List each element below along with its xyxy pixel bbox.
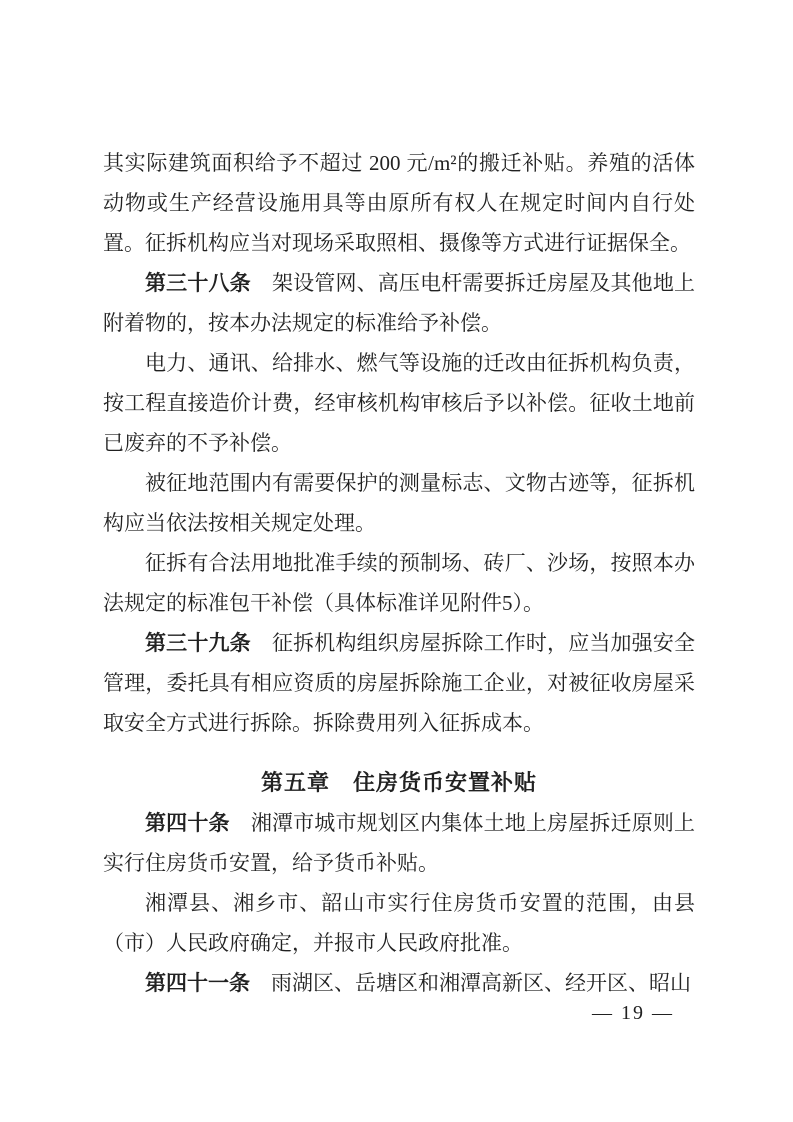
- document-body: 其实际建筑面积给予不超过 200 元/m²的搬迁补贴。养殖的活体动物或生产经营设…: [103, 143, 695, 1003]
- article-number: 第三十九条: [145, 631, 272, 655]
- paragraph: 湘潭县、湘乡市、韶山市实行住房货币安置的范围，由县（市）人民政府确定，并报市人民…: [103, 883, 695, 963]
- article-number: 第三十八条: [145, 271, 272, 295]
- paragraph-text: 电力、通讯、给排水、燃气等设施的迁改由征拆机构负责，按工程直接造价计费，经审核机…: [103, 351, 695, 455]
- article-number: 第四十一条: [145, 971, 271, 995]
- paragraph: 征拆有合法用地批准手续的预制场、砖厂、沙场，按照本办法规定的标准包干补偿（具体标…: [103, 543, 695, 623]
- document-page: { "colors": { "text": "#212121", "page_b…: [0, 0, 793, 1122]
- article-number: 第四十条: [145, 811, 251, 835]
- paragraph: 被征地范围内有需要保护的测量标志、文物古迹等，征拆机构应当依法按相关规定处理。: [103, 463, 695, 543]
- paragraph-text: 征拆有合法用地批准手续的预制场、砖厂、沙场，按照本办法规定的标准包干补偿（具体标…: [103, 551, 695, 615]
- paragraph-text: 湘潭县、湘乡市、韶山市实行住房货币安置的范围，由县（市）人民政府确定，并报市人民…: [103, 891, 695, 955]
- paragraph-text: 其实际建筑面积给予不超过 200 元/m²的搬迁补贴。养殖的活体动物或生产经营设…: [103, 151, 695, 255]
- paragraph: 其实际建筑面积给予不超过 200 元/m²的搬迁补贴。养殖的活体动物或生产经营设…: [103, 143, 695, 263]
- paragraph: 第三十九条 征拆机构组织房屋拆除工作时，应当加强安全管理，委托具有相应资质的房屋…: [103, 623, 695, 743]
- paragraph-text: 雨湖区、岳塘区和湘潭高新区、经开区、昭山: [271, 971, 691, 995]
- paragraph-text: 被征地范围内有需要保护的测量标志、文物古迹等，征拆机构应当依法按相关规定处理。: [103, 471, 695, 535]
- paragraph: 电力、通讯、给排水、燃气等设施的迁改由征拆机构负责，按工程直接造价计费，经审核机…: [103, 343, 695, 463]
- paragraph: 第四十一条 雨湖区、岳塘区和湘潭高新区、经开区、昭山: [103, 963, 695, 1003]
- page-number: — 19 —: [592, 1000, 674, 1026]
- paragraph: 第三十八条 架设管网、高压电杆需要拆迁房屋及其他地上附着物的，按本办法规定的标准…: [103, 263, 695, 343]
- paragraph: 第四十条 湘潭市城市规划区内集体土地上房屋拆迁原则上实行住房货币安置，给予货币补…: [103, 803, 695, 883]
- chapter-heading: 第五章 住房货币安置补贴: [103, 763, 695, 803]
